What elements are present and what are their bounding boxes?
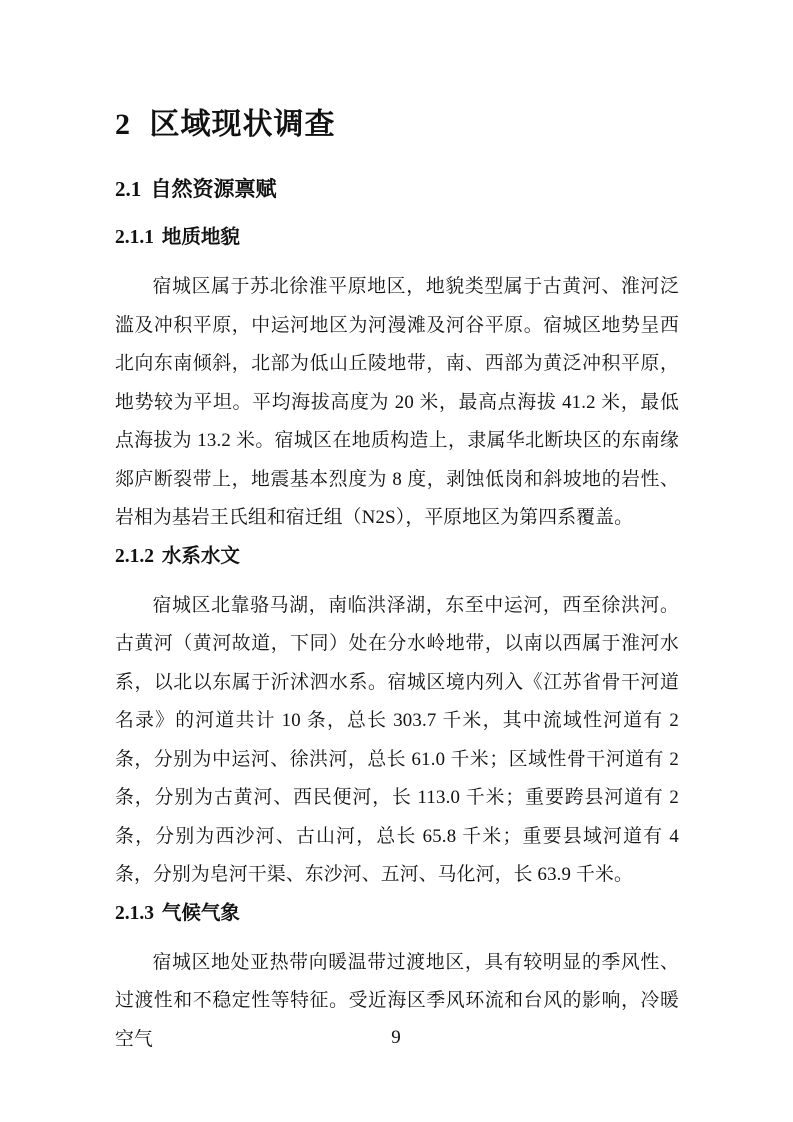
document-page: 2 区域现状调查 2.1 自然资源禀赋 2.1.1 地质地貌 宿城区属于苏北徐淮… — [0, 0, 793, 1122]
chapter-title: 2 区域现状调查 — [115, 105, 679, 145]
paragraph-geology: 宿城区属于苏北徐淮平原地区，地貌类型属于古黄河、淮河泛滥及冲积平原，中运河地区为… — [115, 268, 679, 538]
page-number: 9 — [0, 1026, 792, 1050]
subsection-heading-hydrology: 2.1.2 水系水文 — [115, 544, 679, 570]
subsection-heading-geology: 2.1.1 地质地貌 — [115, 225, 679, 251]
paragraph-hydrology: 宿城区北靠骆马湖，南临洪泽湖，东至中运河，西至徐洪河。古黄河（黄河故道，下同）处… — [115, 587, 679, 895]
section-heading-natural-resources: 2.1 自然资源禀赋 — [115, 175, 679, 203]
subsection-heading-climate: 2.1.3 气候气象 — [115, 901, 679, 927]
